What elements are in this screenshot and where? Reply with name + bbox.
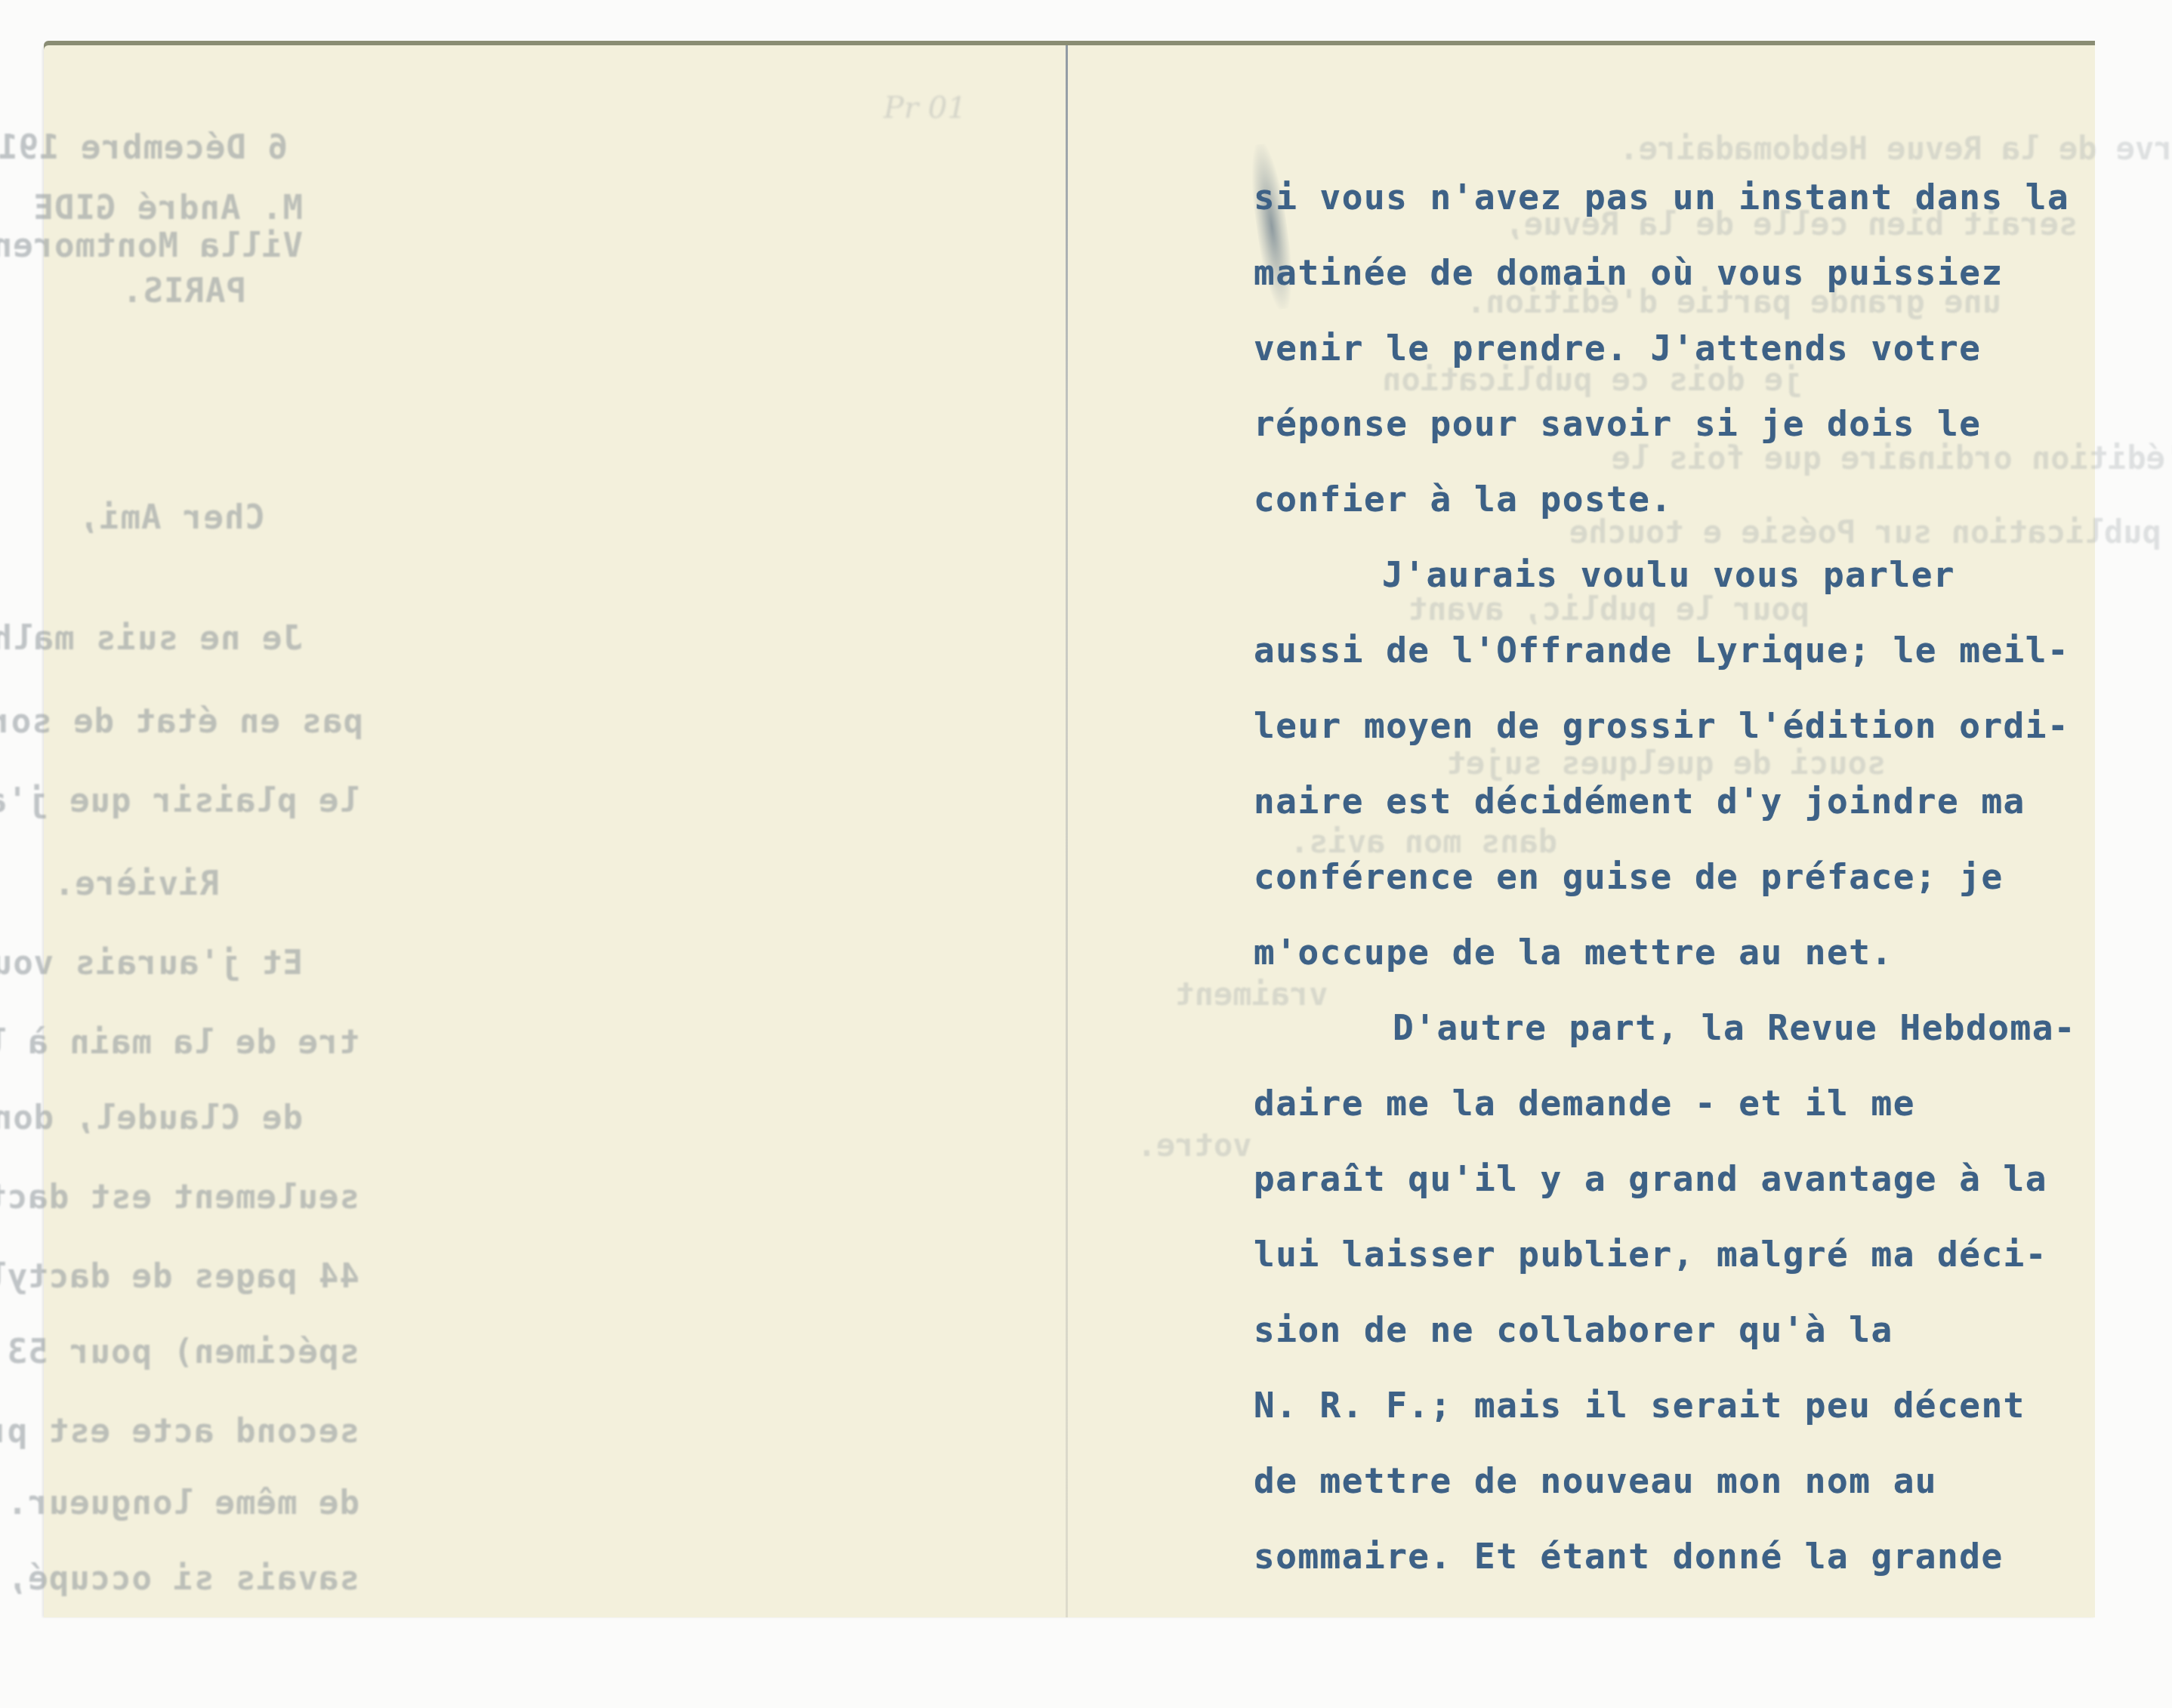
- bleed-line: second acte est presque exactement: [0, 1412, 359, 1451]
- bleed-line: 6 Décembre 1918.: [0, 128, 288, 167]
- text-line: confier à la poste.: [1254, 479, 1673, 519]
- text-line: venir le prendre. J'attends votre: [1254, 328, 1981, 368]
- bleed-line: M. André GIDE: [33, 189, 303, 227]
- ghost-line: pour le public, avant: [1408, 590, 1809, 627]
- text-line: J'aurais voulu vous parler: [1382, 554, 1955, 595]
- bleed-line: PARIS.: [122, 272, 246, 310]
- letter-sheet: Pr 01 6 Décembre 1918. M. André GIDE Vil…: [44, 45, 2095, 1617]
- text-line: lui laisser publier, malgré ma déci-: [1254, 1234, 2047, 1275]
- bleed-line: Cher Ami,: [79, 498, 265, 537]
- text-line: naire est décidément d'y joindre ma: [1254, 781, 2025, 822]
- text-line: conférence en guise de préface; je: [1254, 856, 2004, 897]
- bleed-line: Villa Montmorency: [0, 227, 303, 265]
- text-line: sommaire. Et étant donné la grande: [1254, 1536, 2004, 1577]
- text-line: N. R. F.; mais il serait peu décent: [1254, 1385, 2025, 1426]
- bleed-line: de Claudel, dont le premier acte: [0, 1099, 303, 1137]
- bleed-line: spécimen) pour 53 de manuscrit; le: [0, 1333, 359, 1371]
- text-line: si vous n'avez pas un instant dans la: [1254, 177, 2069, 217]
- text-line: de mettre de nouveau mon nom au: [1254, 1460, 1937, 1501]
- text-line: daire me la demande - et il me: [1254, 1083, 1915, 1124]
- bleed-line: de même longueur. Si je ne vous: [0, 1484, 359, 1522]
- left-page: Pr 01 6 Décembre 1918. M. André GIDE Vil…: [44, 45, 1066, 1617]
- bleed-line: tre de la main à la main le manuscrit: [0, 1023, 359, 1062]
- text-line: paraît qu'il y a grand avantage à la: [1254, 1158, 2047, 1199]
- bleed-line: le plaisir que j'aurais eu à écouter: [0, 782, 359, 820]
- bleed-line: pas en état de sortir - malgré tout: [0, 702, 363, 741]
- ghost-line: dans mon avis.: [1290, 823, 1557, 860]
- text-line: sion de ne collaborer qu'à la: [1254, 1309, 1893, 1350]
- bleed-line: Et j'aurais voulu vous remet-: [0, 944, 303, 982]
- show-through-mirrored: 6 Décembre 1918. M. André GIDE Villa Mon…: [44, 45, 1066, 1617]
- ghost-line: la réserve de la Revue Hebdomadaire.: [1619, 130, 2172, 167]
- ghost-line: vraiment: [1175, 976, 1328, 1013]
- text-line: aussi de l'Offrande Lyrique; le meil-: [1254, 630, 2069, 671]
- ghost-line: de l'édition ordinaire que fois le: [1612, 439, 2172, 476]
- bleed-line: Rivière.: [54, 865, 220, 903]
- text-line: leur moyen de grossir l'édition ordi-: [1254, 705, 2069, 746]
- bleed-line: seulement est dactylographié : soit: [0, 1178, 359, 1216]
- text-line: réponse pour savoir si je dois le: [1254, 403, 1981, 444]
- right-page: la réserve de la Revue Hebdomadaire. ser…: [1068, 45, 2095, 1617]
- bleed-line: savais si occupé, je vous demanderais: [0, 1559, 359, 1598]
- text-line: m'occupe de la mettre au net.: [1254, 932, 1893, 973]
- ghost-line: votre.: [1137, 1127, 1252, 1164]
- bleed-line: Je ne suis malheureusement: [0, 619, 303, 658]
- ghost-line: souci de quelques sujet: [1447, 745, 1887, 782]
- bleed-line: 44 pages de dactylographie (ci-joint: [0, 1257, 359, 1296]
- text-line: D'autre part, la Revue Hebdoma-: [1393, 1007, 2076, 1048]
- text-line: matinée de domain où vous puissiez: [1254, 252, 2004, 293]
